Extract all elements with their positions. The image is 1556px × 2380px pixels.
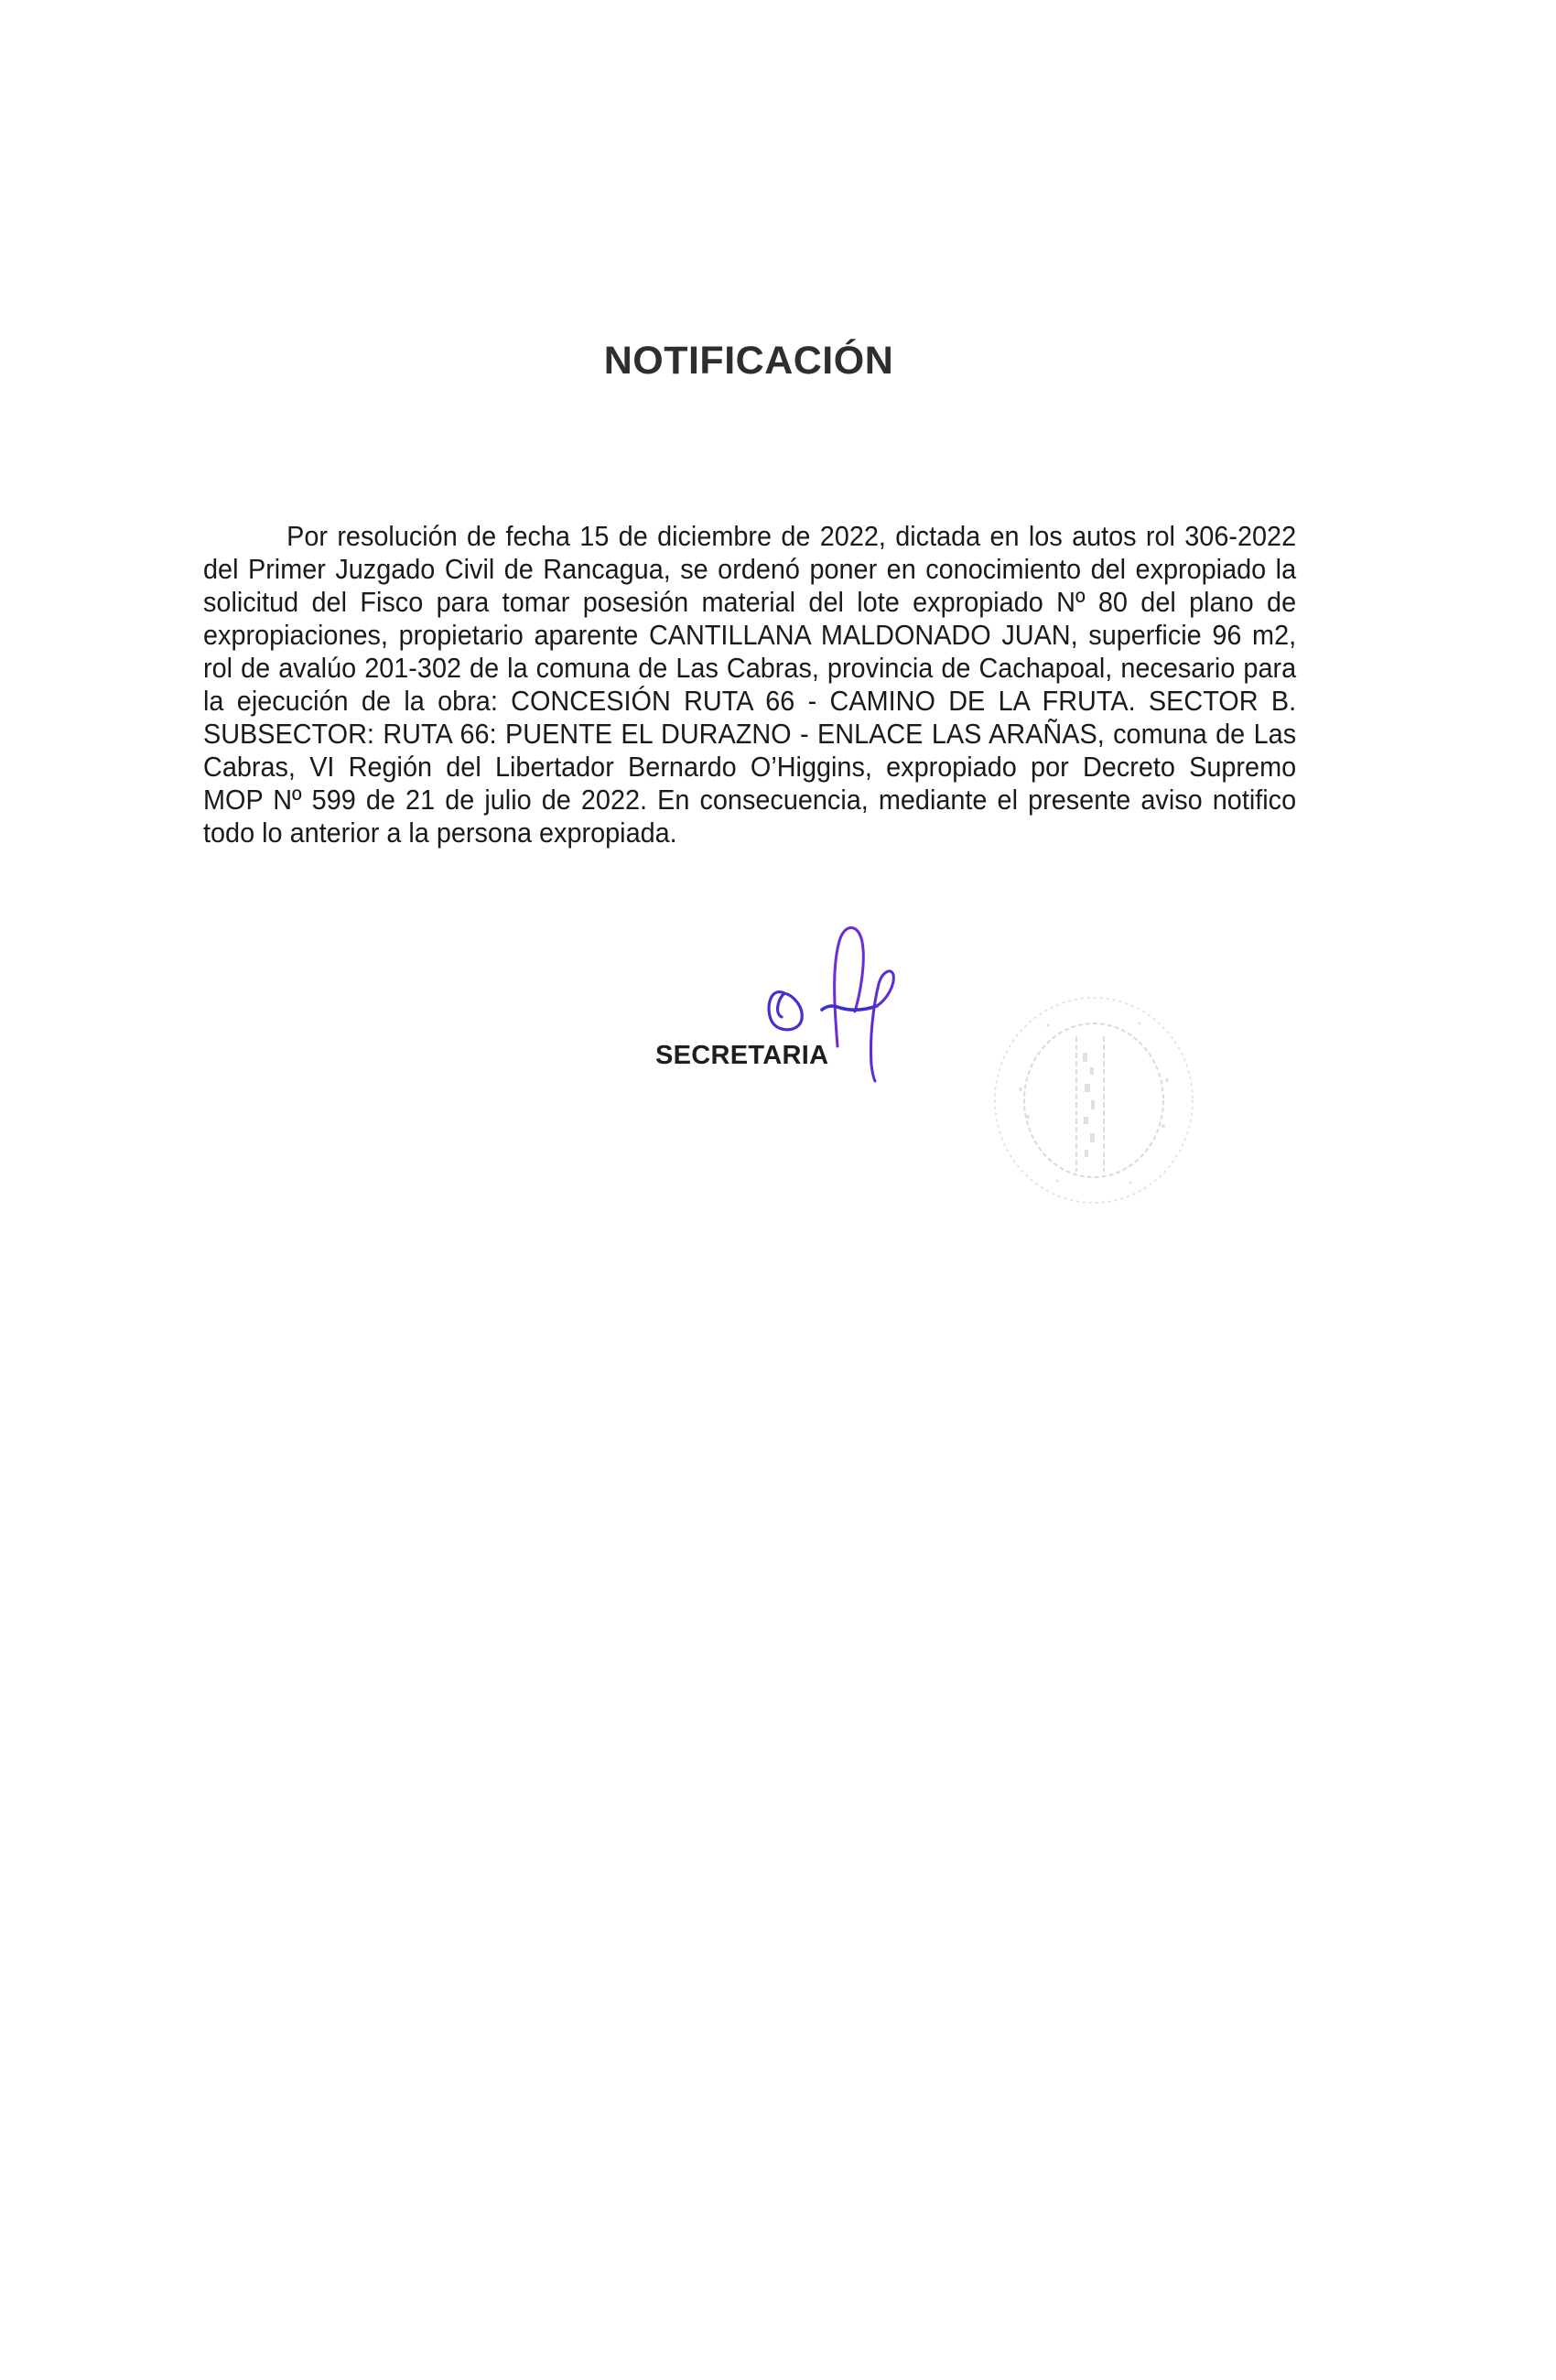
notification-body: Por resolución de fecha 15 de diciembre … [203, 520, 1296, 849]
document-title: NOTIFICACIÓN [0, 339, 1497, 384]
document-page: NOTIFICACIÓN Por resolución de fecha 15 … [0, 0, 1556, 2380]
official-seal-stamp-icon [984, 989, 1204, 1208]
signature-title: SECRETARIA [655, 1041, 828, 1071]
